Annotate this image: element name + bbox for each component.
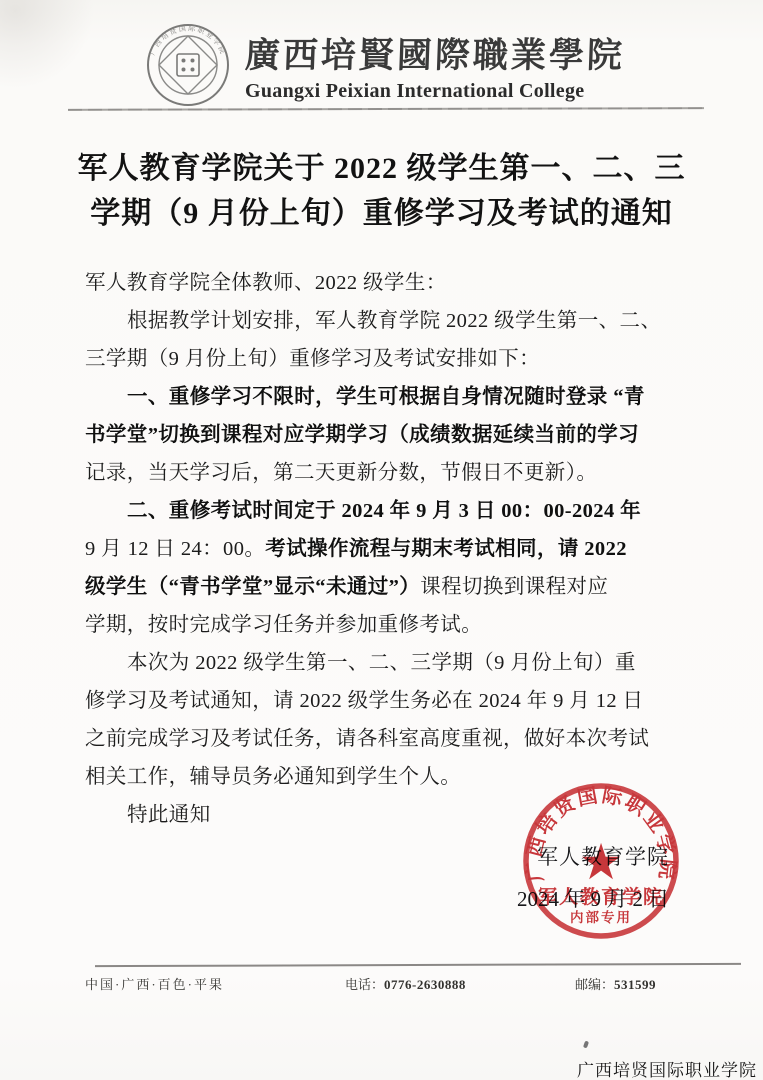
scanned-notice-page: 广西培贤国际职业学院 廣西培賢國際職業學院 Guangxi Peixian In…: [0, 0, 763, 1080]
footer-postal: 邮编：531599: [575, 974, 656, 993]
body-line: 级学生（“青书学堂”显示“未通过”）课程切换到课程对应: [85, 568, 697, 606]
body-line-salutation: 军人教育学院全体教师、2022 级学生：: [85, 264, 697, 302]
college-name-en: Guangxi Peixian International College: [245, 80, 625, 103]
notice-title-line-2: 学期（9 月份上旬）重修学习及考试的通知: [60, 191, 703, 236]
body-line: 9 月 12 日 24：00。考试操作流程与期末考试相同，请 2022: [85, 530, 697, 568]
body-line: 之前完成学习及考试任务，请各科室高度重视，做好本次考试: [85, 720, 697, 758]
body-line: 根据教学计划安排，军人教育学院 2022 级学生第一、二、: [85, 302, 697, 340]
body-line: 书学堂”切换到课程对应学期学习（成绩数据延续当前的学习: [85, 416, 697, 454]
signature-date: 2024 年 9 月 2 日: [517, 883, 669, 913]
body-line: 一、重修学习不限时，学生可根据自身情况随时登录 “青: [85, 378, 697, 416]
body-line: 二、重修考试时间定于 2024 年 9 月 3 日 00：00-2024 年: [85, 492, 697, 530]
footer-postal-code: 531599: [614, 977, 656, 992]
logo-ring-text: 广西培贤国际职业学院: [148, 23, 229, 56]
watermark-college-name: 广西培贤国际职业学院: [577, 1056, 757, 1080]
body-line: 三学期（9 月份上旬）重修学习及考试安排如下：: [85, 340, 697, 378]
body-line: 本次为 2022 级学生第一、二、三学期（9 月份上旬）重: [85, 644, 697, 682]
college-name-zh: 廣西培賢國際職業學院: [244, 28, 626, 78]
college-logo-icon: 广西培贤国际职业学院: [143, 22, 233, 108]
body-line: 修学习及考试通知，请 2022 级学生务必在 2024 年 9 月 12 日: [85, 682, 697, 720]
svg-text:广西培贤国际职业学院: 广西培贤国际职业学院: [148, 23, 229, 56]
notice-body: 军人教育学院全体教师、2022 级学生： 根据教学计划安排，军人教育学院 202…: [85, 264, 697, 834]
footer-divider: [95, 963, 741, 967]
footer-phone: 电话：0776-2630888: [345, 974, 466, 993]
footer-phone-number: 0776-2630888: [384, 977, 466, 992]
footer-location: 中国·广西·百色·平果: [85, 974, 224, 993]
header-divider: [68, 107, 704, 111]
notice-title: 军人教育学院关于 2022 级学生第一、二、三 学期（9 月份上旬）重修学习及考…: [60, 146, 703, 236]
notice-title-line-1: 军人教育学院关于 2022 级学生第一、二、三: [60, 146, 703, 191]
body-line: 记录，当天学习后，第二天更新分数，节假日不更新）。: [85, 454, 697, 492]
letterhead-text: 廣西培賢國際職業學院 Guangxi Peixian International…: [245, 28, 625, 103]
signature-department: 军人教育学院: [537, 841, 669, 871]
scan-speck: [583, 1041, 589, 1049]
body-line: 学期，按时完成学习任务并参加重修考试。: [85, 606, 697, 644]
letterhead: 广西培贤国际职业学院 廣西培賢國際職業學院 Guangxi Peixian In…: [143, 22, 625, 108]
